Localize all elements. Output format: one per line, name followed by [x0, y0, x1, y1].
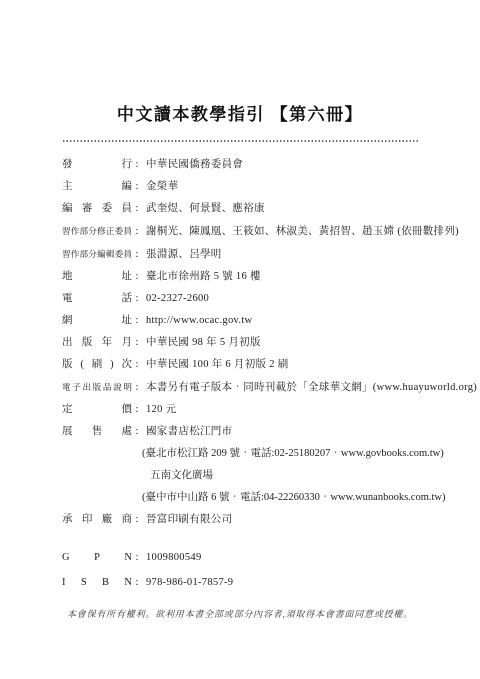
colon-separator: :: [132, 293, 142, 305]
field-value: 張淵源、呂學明: [146, 249, 222, 261]
dotted-divider: [62, 140, 418, 142]
field-label: 電話: [62, 293, 132, 305]
field-label: 承印廠商: [62, 514, 132, 526]
colon-separator: :: [132, 203, 142, 215]
colophon-rows: 發行:中華民國僑務委員會 主編:金榮華 編審委員:武奎煜、何景賢、應裕康 習作部…: [62, 159, 480, 526]
copyright-notice: 本會保有所有權利。欲利用本書全部或部分內容者,須取得本會書面同意或授權。: [0, 607, 480, 620]
colon-separator: :: [132, 426, 142, 438]
row-editing-committee: 習作部分編輯委員:張淵源、呂學明: [62, 248, 480, 261]
colon-separator: :: [132, 226, 142, 238]
retail-outlet-name: 五南文化廣場: [62, 470, 480, 482]
field-value: 謝桐光、陳鳳凰、王筱如、林淑美、黃招智、趙玉嫦 (依冊數排列): [146, 226, 459, 238]
row-review-committee: 編審委員:武奎煜、何景賢、應裕康: [62, 203, 480, 215]
field-label: 版(刷)次: [62, 359, 132, 371]
field-value: 臺北市徐州路 5 號 16 樓: [146, 271, 261, 283]
row-phone: 電話:02-2327-2600: [62, 293, 480, 305]
colon-separator: :: [132, 359, 142, 371]
colon-separator: :: [132, 382, 142, 394]
field-value: 金榮華: [146, 181, 178, 193]
row-publication-date: 出版年月:中華民國 98 年 5 月初版: [62, 337, 480, 349]
field-label: ISBN: [62, 577, 132, 589]
row-address: 地址:臺北市徐州路 5 號 16 樓: [62, 271, 480, 283]
colon-separator: :: [132, 577, 142, 589]
book-title: 中文讀本教學指引 【第六冊】: [0, 0, 480, 125]
retail-outlet-detail: (臺中市中山路 6 號‧電話:04-22260330‧www.wunanbook…: [62, 492, 480, 504]
row-publisher: 發行:中華民國僑務委員會: [62, 159, 480, 171]
code-rows: GPN:1009800549 ISBN:978-986-01-7857-9: [62, 552, 480, 589]
field-value: 國家書店松江門市: [146, 426, 232, 438]
colon-separator: :: [132, 249, 142, 261]
field-label: 主編: [62, 181, 132, 193]
field-value: 中華民國僑務委員會: [146, 159, 243, 171]
row-revision-committee: 習作部分修正委員:謝桐光、陳鳳凰、王筱如、林淑美、黃招智、趙玉嫦 (依冊數排列): [62, 225, 480, 238]
field-value: 中華民國 98 年 5 月初版: [146, 337, 261, 349]
field-label: 定價: [62, 404, 132, 416]
row-retail-outlets: 展售處:國家書店松江門市: [62, 426, 480, 438]
row-gpn: GPN:1009800549: [62, 552, 480, 564]
field-label: 習作部分修正委員: [62, 225, 132, 237]
field-label: 地址: [62, 271, 132, 283]
colon-separator: :: [132, 337, 142, 349]
field-value: 中華民國 100 年 6 月初版 2 刷: [146, 359, 289, 371]
colon-separator: :: [132, 181, 142, 193]
row-price: 定價:120 元: [62, 404, 480, 416]
row-printer: 承印廠商:晉富印刷有限公司: [62, 514, 480, 526]
colon-separator: :: [132, 552, 142, 564]
field-value: 武奎煜、何景賢、應裕康: [146, 203, 265, 215]
colon-separator: :: [132, 315, 142, 327]
retail-outlet-detail: (臺北市松江路 209 號‧電話:02-25180207‧www.govbook…: [62, 448, 480, 460]
field-label: GPN: [62, 552, 132, 564]
row-edition: 版(刷)次:中華民國 100 年 6 月初版 2 刷: [62, 359, 480, 371]
colon-separator: :: [132, 404, 142, 416]
isbn-number: 978-986-01-7857-9: [146, 577, 233, 589]
field-label: 發行: [62, 159, 132, 171]
field-label: 習作部分編輯委員: [62, 248, 132, 260]
gpn-number: 1009800549: [146, 552, 202, 564]
field-label: 出版年月: [62, 337, 132, 349]
field-value: http://www.ocac.gov.tw: [146, 315, 252, 327]
colon-separator: :: [132, 271, 142, 283]
field-value: 本書另有電子版本‧同時刊載於「全球華文網」(www.huayuworld.org…: [146, 382, 477, 394]
row-isbn: ISBN:978-986-01-7857-9: [62, 577, 480, 589]
colophon-page: 中文讀本教學指引 【第六冊】 發行:中華民國僑務委員會 主編:金榮華 編審委員:…: [0, 0, 480, 679]
field-label: 電子出版品說明: [62, 381, 132, 393]
field-label: 展售處: [62, 426, 132, 438]
field-label: 編審委員: [62, 203, 132, 215]
field-value: 02-2327-2600: [146, 293, 209, 305]
field-value: 晉富印刷有限公司: [146, 514, 232, 526]
field-value: 120 元: [146, 404, 176, 416]
row-chief-editor: 主編:金榮華: [62, 181, 480, 193]
row-website: 網址:http://www.ocac.gov.tw: [62, 315, 480, 327]
row-ebook-note: 電子出版品說明:本書另有電子版本‧同時刊載於「全球華文網」(www.huayuw…: [62, 381, 480, 394]
colon-separator: :: [132, 514, 142, 526]
field-label: 網址: [62, 315, 132, 327]
colon-separator: :: [132, 159, 142, 171]
